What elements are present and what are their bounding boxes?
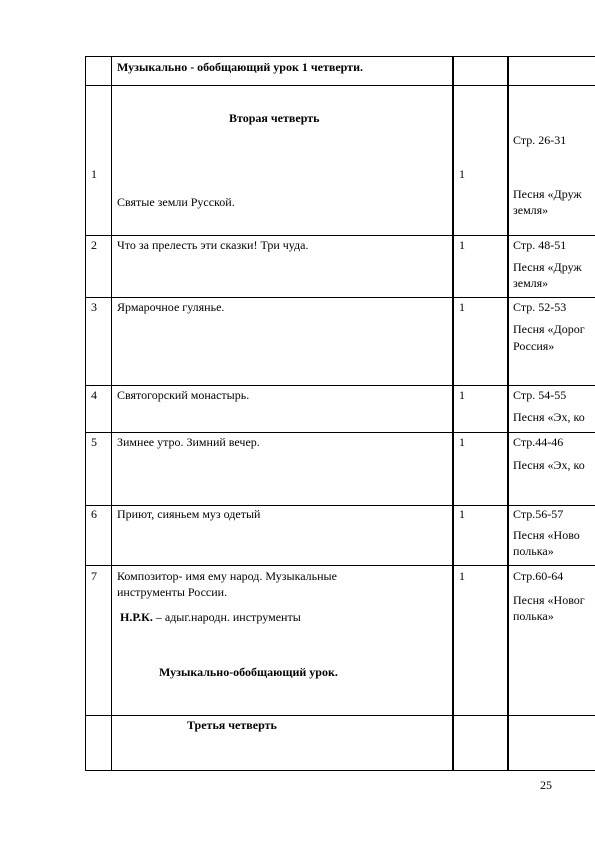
textbook-pages: Стр. 48-51 — [513, 238, 566, 253]
regional-component-note: Н.Р.К. – адыг.народн. инструменты — [120, 610, 301, 625]
column-divider — [452, 56, 454, 770]
row-divider — [85, 297, 595, 298]
table-border-bottom — [85, 770, 595, 771]
row-number: 3 — [91, 300, 97, 315]
song-title-cont: земля» — [513, 276, 548, 291]
row-number: 4 — [91, 388, 97, 403]
table-border-left — [85, 56, 86, 770]
row-number: 6 — [91, 507, 97, 522]
lesson-hours: 1 — [459, 167, 465, 182]
song-title: Песня «Эх, ко — [513, 458, 585, 473]
lesson-hours: 1 — [459, 300, 465, 315]
lesson-topic: Святые земли Русской. — [117, 195, 235, 210]
song-title: Песня «Ново — [513, 528, 580, 543]
lesson-hours: 1 — [459, 569, 465, 584]
section-heading-third-quarter: Третья четверть — [187, 718, 277, 733]
lesson-topic: Ярмарочное гулянье. — [117, 300, 224, 315]
song-title: Песня «Друж — [513, 187, 582, 202]
lesson-hours: 1 — [459, 435, 465, 450]
textbook-pages: Стр. 54-55 — [513, 388, 566, 403]
document-page: Музыкально - обобщающий урок 1 четверти.… — [0, 0, 595, 842]
lesson-topic: Что за прелесть эти сказки! Три чуда. — [117, 238, 308, 253]
section-heading-second-quarter: Вторая четверть — [229, 111, 319, 126]
textbook-pages: Стр. 52-53 — [513, 300, 566, 315]
nrk-text: – адыг.народн. инструменты — [153, 610, 301, 624]
row-number: 5 — [91, 435, 97, 450]
page-number: 25 — [540, 778, 552, 793]
lesson-hours: 1 — [459, 238, 465, 253]
lesson-hours: 1 — [459, 388, 465, 403]
summary-lesson-title: Музыкально-обобщающий урок. — [159, 665, 338, 680]
lesson-hours: 1 — [459, 507, 465, 522]
textbook-pages: Стр.56-57 — [513, 507, 563, 522]
row-divider — [85, 85, 595, 86]
row-divider — [85, 715, 595, 716]
row-number: 1 — [91, 167, 97, 182]
column-divider — [507, 56, 509, 770]
song-title: Песня «Дорог — [513, 322, 585, 337]
row-divider — [85, 385, 595, 386]
lesson-topic-line1: Композитор- имя ему народ. Музыкальные — [117, 569, 337, 584]
row-number: 2 — [91, 238, 97, 253]
song-title: Песня «Друж — [513, 260, 582, 275]
lesson-topic: Приют, сияньем муз одетый — [117, 507, 260, 522]
row-divider — [85, 565, 595, 566]
row-number: 7 — [91, 569, 97, 584]
row-divider — [85, 505, 595, 506]
quarter-summary-title: Музыкально - обобщающий урок 1 четверти. — [117, 60, 363, 75]
textbook-pages: Стр. 26-31 — [513, 133, 566, 148]
textbook-pages: Стр.60-64 — [513, 569, 563, 584]
table-border-top — [85, 56, 595, 57]
lesson-topic: Святогорский монастырь. — [117, 388, 249, 403]
row-divider — [85, 235, 595, 236]
row-divider — [85, 432, 595, 433]
song-title: Песня «Новог — [513, 593, 585, 608]
nrk-label: Н.Р.К. — [120, 610, 153, 624]
song-title-cont: полька» — [513, 544, 554, 559]
textbook-pages: Стр.44-46 — [513, 435, 563, 450]
lesson-topic-line2: инструменты России. — [117, 585, 227, 600]
song-title-cont: Россия» — [513, 339, 554, 354]
song-title-cont: земля» — [513, 203, 548, 218]
song-title: Песня «Эх, ко — [513, 410, 585, 425]
lesson-topic: Зимнее утро. Зимний вечер. — [117, 435, 260, 450]
song-title-cont: полька» — [513, 609, 554, 624]
column-divider — [111, 56, 112, 770]
